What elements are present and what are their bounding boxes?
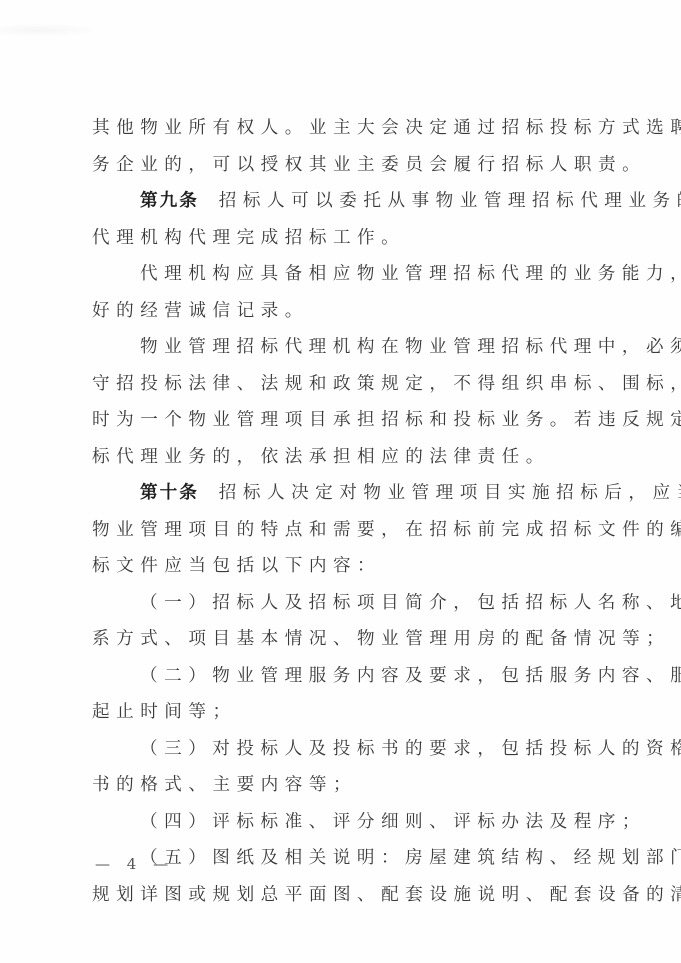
article-label: 第九条 bbox=[140, 191, 199, 211]
text-line: 标代理业务的，依法承担相应的法律责任。 bbox=[92, 439, 598, 476]
text-line: 好的经营诚信记录。 bbox=[92, 293, 598, 330]
text-line: 代理机构代理完成招标工作。 bbox=[92, 220, 598, 257]
line-text: 标文件应当包括以下内容： bbox=[92, 556, 381, 576]
line-text: 物业管理项目的特点和需要，在招标前完成招标文件的编制。招 bbox=[92, 520, 681, 540]
list-item-3-line: （三）对投标人及投标书的要求，包括投标人的资格、投标 bbox=[92, 731, 598, 768]
line-text: 代理机构应具备相应物业管理招标代理的业务能力，以及良 bbox=[140, 264, 681, 284]
line-text: 招标人决定对物业管理项目实施招标后，应当根据 bbox=[219, 483, 681, 503]
text-line: 代理机构应具备相应物业管理招标代理的业务能力，以及良 bbox=[92, 256, 598, 293]
text-line: 守招投标法律、法规和政策规定，不得组织串标、围标，不得同 bbox=[92, 366, 598, 403]
list-item-4-line: （四）评标标准、评分细则、评标办法及程序； bbox=[92, 804, 598, 841]
text-line: 规划详图或规划总平面图、配套设施说明、配套设备的清单和技 bbox=[92, 877, 598, 914]
article-9-heading-line: 第九条招标人可以委托从事物业管理招标代理业务的招标 bbox=[92, 183, 598, 220]
text-line: 标文件应当包括以下内容： bbox=[92, 548, 598, 585]
text-line: 务企业的，可以授权其业主委员会履行招标人职责。 bbox=[92, 147, 598, 184]
line-text: 其他物业所有权人。业主大会决定通过招标投标方式选聘物业服 bbox=[92, 118, 681, 138]
line-text: 物业管理招标代理机构在物业管理招标代理中，必须严格遵 bbox=[140, 337, 681, 357]
line-text: （三）对投标人及投标书的要求，包括投标人的资格、投标 bbox=[140, 739, 681, 759]
line-text: 务企业的，可以授权其业主委员会履行招标人职责。 bbox=[92, 155, 646, 175]
document-body: 其他物业所有权人。业主大会决定通过招标投标方式选聘物业服 务企业的，可以授权其业… bbox=[92, 110, 598, 913]
text-line: 其他物业所有权人。业主大会决定通过招标投标方式选聘物业服 bbox=[92, 110, 598, 147]
line-text: 好的经营诚信记录。 bbox=[92, 301, 309, 321]
document-page: 其他物业所有权人。业主大会决定通过招标投标方式选聘物业服 务企业的，可以授权其业… bbox=[0, 0, 681, 963]
text-line: 物业管理招标代理机构在物业管理招标代理中，必须严格遵 bbox=[92, 329, 598, 366]
line-text: （四）评标标准、评分细则、评标办法及程序； bbox=[140, 812, 646, 832]
scan-show-through bbox=[0, 0, 681, 100]
line-text: （一）招标人及招标项目简介，包括招标人名称、地址、联 bbox=[140, 593, 681, 613]
line-text: 起止时间等； bbox=[92, 702, 237, 722]
line-text: 招标人可以委托从事物业管理招标代理业务的招标 bbox=[219, 191, 681, 211]
text-line: 物业管理项目的特点和需要，在招标前完成招标文件的编制。招 bbox=[92, 512, 598, 549]
line-text: 规划详图或规划总平面图、配套设施说明、配套设备的清单和技 bbox=[92, 885, 681, 905]
line-text: 系方式、项目基本情况、物业管理用房的配备情况等； bbox=[92, 629, 670, 649]
article-10-heading-line: 第十条招标人决定对物业管理项目实施招标后，应当根据 bbox=[92, 475, 598, 512]
list-item-1-line: （一）招标人及招标项目简介，包括招标人名称、地址、联 bbox=[92, 585, 598, 622]
line-text: 标代理业务的，依法承担相应的法律责任。 bbox=[92, 447, 550, 467]
line-text: （二）物业管理服务内容及要求，包括服务内容、服务标准、 bbox=[140, 666, 681, 686]
page-number: — 4 — bbox=[95, 855, 174, 873]
line-text: 代理机构代理完成招标工作。 bbox=[92, 228, 405, 248]
text-line: 时为一个物业管理项目承担招标和投标业务。若违反规定从事招 bbox=[92, 402, 598, 439]
line-text: （五）图纸及相关说明：房屋建筑结构、经规划部门批准的 bbox=[140, 848, 681, 868]
list-item-2-line: （二）物业管理服务内容及要求，包括服务内容、服务标准、 bbox=[92, 658, 598, 695]
line-text: 守招投标法律、法规和政策规定，不得组织串标、围标，不得同 bbox=[92, 374, 681, 394]
text-line: 书的格式、主要内容等； bbox=[92, 767, 598, 804]
text-line: 起止时间等； bbox=[92, 694, 598, 731]
line-text: 时为一个物业管理项目承担招标和投标业务。若违反规定从事招 bbox=[92, 410, 681, 430]
text-line: 系方式、项目基本情况、物业管理用房的配备情况等； bbox=[92, 621, 598, 658]
line-text: 书的格式、主要内容等； bbox=[92, 775, 357, 795]
article-label: 第十条 bbox=[140, 483, 199, 503]
